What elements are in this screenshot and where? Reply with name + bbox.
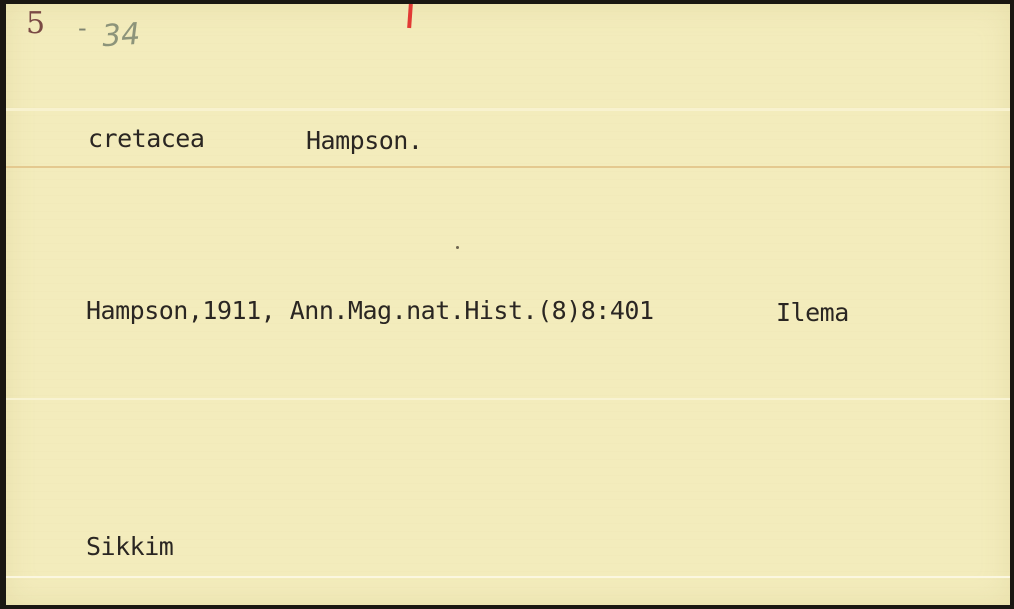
locality: Sikkim	[86, 532, 173, 561]
paper-speck	[456, 246, 459, 249]
card-rule-middle	[6, 398, 1010, 400]
handwritten-drawer-number: 5	[26, 6, 45, 41]
species-author: Hampson.	[306, 126, 422, 155]
card-rule-bottom	[6, 576, 1010, 578]
citation-reference: Hampson,1911, Ann.Mag.nat.Hist.(8)8:401	[86, 296, 654, 325]
card-rule-header	[6, 166, 1010, 168]
genus-name: Ilema	[776, 298, 849, 327]
species-name: cretacea	[88, 124, 204, 153]
handwritten-dash: -	[78, 14, 87, 42]
handwritten-pencil-number: 34	[101, 17, 142, 55]
card-rule-top	[6, 108, 1010, 111]
index-card: 5 - 34 cretacea Hampson. Hampson,1911, A…	[6, 4, 1010, 605]
red-tab-mark	[407, 4, 413, 28]
